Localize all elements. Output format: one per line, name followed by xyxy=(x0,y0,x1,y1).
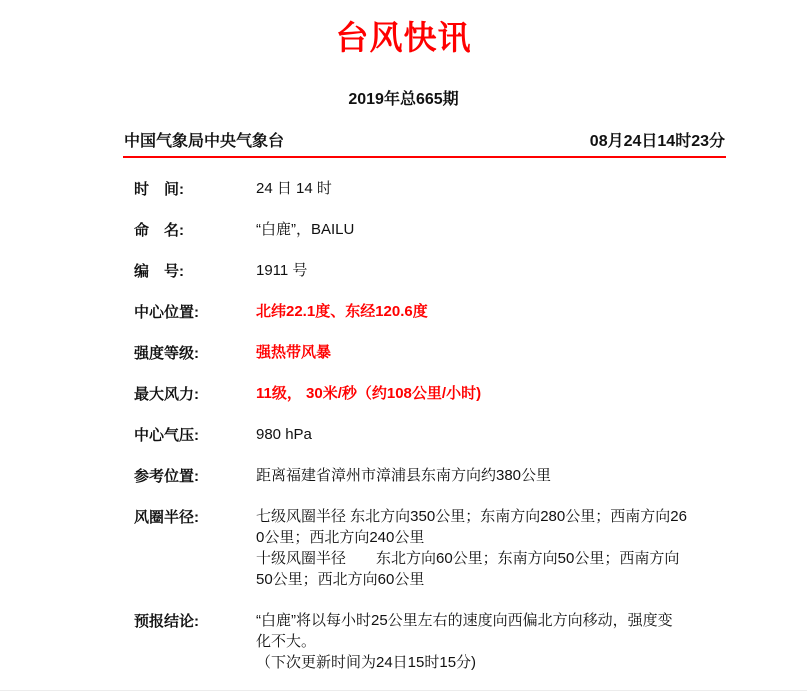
wind-radius-line: 0公里；西北方向240公里 xyxy=(256,527,711,548)
field-label: 命 名: xyxy=(134,219,249,240)
field-label: 参考位置: xyxy=(134,465,249,486)
field-value: 24 日 14 时 xyxy=(256,178,711,199)
field-value: 强热带风暴 xyxy=(256,342,711,363)
field-value: 七级风圈半径 东北方向350公里；东南方向280公里；西南方向26 0公里；西北… xyxy=(256,506,711,590)
forecast-line: （下次更新时间为24日15时15分) xyxy=(256,652,711,673)
publish-time: 08月24日14时23分 xyxy=(590,128,725,151)
wind-radius-line: 50公里；西北方向60公里 xyxy=(256,569,711,590)
field-label: 编 号: xyxy=(134,260,249,281)
wind-radius-line: 十级风圈半径 东北方向60公里；东南方向50公里；西南方向 xyxy=(256,548,711,569)
wind-radius-line: 七级风圈半径 东北方向350公里；东南方向280公里；西南方向26 xyxy=(256,506,711,527)
field-label: 时 间: xyxy=(134,178,249,199)
forecast-line: 化不大。 xyxy=(256,631,711,652)
field-value: 距离福建省漳州市漳浦县东南方向约380公里 xyxy=(256,465,711,486)
field-label: 最大风力: xyxy=(134,383,249,404)
field-label: 预报结论: xyxy=(134,610,249,631)
header-divider xyxy=(123,156,726,158)
forecast-line: “白鹿”将以每小时25公里左右的速度向西偏北方向移动，强度变 xyxy=(256,610,711,631)
field-label: 强度等级: xyxy=(134,342,249,363)
field-value: “白鹿”，BAILU xyxy=(256,219,711,240)
field-value: 980 hPa xyxy=(256,424,711,445)
field-label: 中心位置: xyxy=(134,301,249,322)
issue-number: 2019年总665期 xyxy=(0,86,807,109)
field-label: 中心气压: xyxy=(134,424,249,445)
field-value: 北纬22.1度、东经120.6度 xyxy=(256,301,711,322)
page-title: 台风快讯 xyxy=(0,12,807,59)
field-value: 11级， 30米/秒（约108公里/小时) xyxy=(256,383,711,404)
field-value: 1911 号 xyxy=(256,260,711,281)
footer-divider xyxy=(0,690,807,691)
issuer: 中国气象局中央气象台 xyxy=(124,128,284,151)
field-label: 风圈半径: xyxy=(134,506,249,527)
field-value: “白鹿”将以每小时25公里左右的速度向西偏北方向移动，强度变 化不大。 （下次更… xyxy=(256,610,711,673)
